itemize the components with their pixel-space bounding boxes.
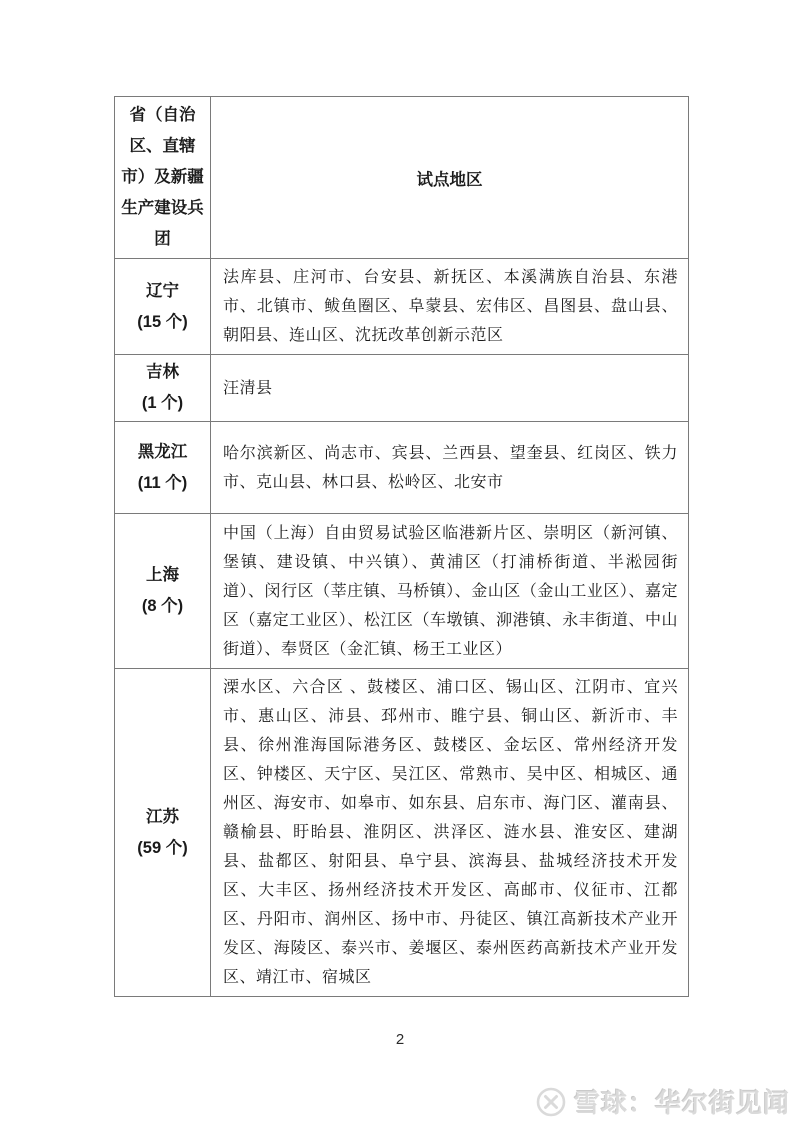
province-cell: 吉林 (1 个) [115,355,211,422]
regions-cell: 哈尔滨新区、尚志市、宾县、兰西县、望奎县、红岗区、铁力市、克山县、林口县、松岭区… [211,422,689,514]
province-name: 江苏 [119,802,206,833]
table-header-row: 省（自治区、直辖市）及新疆生产建设兵团 试点地区 [115,97,689,259]
table-row: 吉林 (1 个) 汪清县 [115,355,689,422]
province-cell: 江苏 (59 个) [115,669,211,997]
regions-cell: 汪清县 [211,355,689,422]
province-name: 上海 [119,560,206,591]
province-cell: 辽宁 (15 个) [115,259,211,355]
header-regions-column: 试点地区 [211,97,689,259]
province-cell: 黑龙江 (11 个) [115,422,211,514]
xueqiu-logo-icon [535,1086,567,1118]
regions-cell: 法库县、庄河市、台安县、新抚区、本溪满族自治县、东港市、北镇市、鲅鱼圈区、阜蒙县… [211,259,689,355]
province-cell: 上海 (8 个) [115,514,211,669]
regions-cell: 中国（上海）自由贸易试验区临港新片区、崇明区（新河镇、堡镇、建设镇、中兴镇）、黄… [211,514,689,669]
pilot-regions-table: 省（自治区、直辖市）及新疆生产建设兵团 试点地区 辽宁 (15 个) 法库县、庄… [114,96,689,997]
province-count: (8 个) [119,591,206,622]
regions-cell: 溧水区、六合区 、鼓楼区、浦口区、锡山区、江阴市、宜兴市、惠山区、沛县、邳州市、… [211,669,689,997]
province-count: (15 个) [119,307,206,338]
watermark-brand-text: 雪球：华尔街见闻 [574,1083,790,1120]
table-row: 黑龙江 (11 个) 哈尔滨新区、尚志市、宾县、兰西县、望奎县、红岗区、铁力市、… [115,422,689,514]
province-name: 辽宁 [119,276,206,307]
province-count: (11 个) [119,468,206,499]
page-number: 2 [0,1031,800,1048]
table-row: 江苏 (59 个) 溧水区、六合区 、鼓楼区、浦口区、锡山区、江阴市、宜兴市、惠… [115,669,689,997]
province-count: (59 个) [119,833,206,864]
province-count: (1 个) [119,388,206,419]
table-row: 辽宁 (15 个) 法库县、庄河市、台安县、新抚区、本溪满族自治县、东港市、北镇… [115,259,689,355]
header-province-column: 省（自治区、直辖市）及新疆生产建设兵团 [115,97,211,259]
province-name: 吉林 [119,357,206,388]
table-row: 上海 (8 个) 中国（上海）自由贸易试验区临港新片区、崇明区（新河镇、堡镇、建… [115,514,689,669]
document-page: 省（自治区、直辖市）及新疆生产建设兵团 试点地区 辽宁 (15 个) 法库县、庄… [0,0,800,1130]
province-name: 黑龙江 [119,437,206,468]
watermark: 雪球：华尔街见闻 [535,1083,790,1120]
